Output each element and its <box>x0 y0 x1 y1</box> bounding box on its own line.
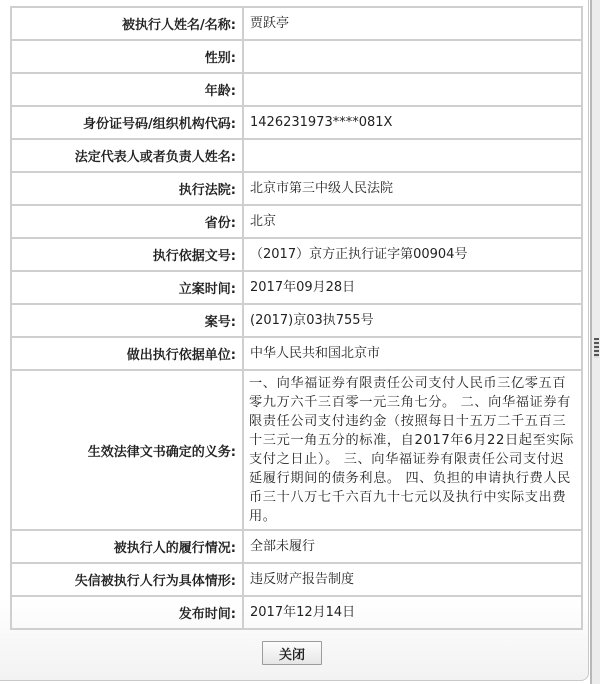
row-issuing-unit: 做出执行依据单位: 中华人民共和国北京市 <box>11 337 582 370</box>
label-name: 被执行人姓名/名称: <box>11 7 243 40</box>
row-gender: 性别: <box>11 40 582 73</box>
label-obligations: 生效法律文书确定的义务: <box>11 370 243 530</box>
row-age: 年龄: <box>11 73 582 106</box>
label-legal-representative: 法定代表人或者负责人姓名: <box>11 139 243 172</box>
label-basis-doc-number: 执行依据文号: <box>11 238 243 271</box>
row-obligations: 生效法律文书确定的义务: 一、向华福证券有限责任公司支付人民币三亿零五百零九万六… <box>11 370 582 530</box>
row-id-number: 身份证号码/组织机构代码: 1426231973****081X <box>11 106 582 139</box>
label-publish-date: 发布时间: <box>11 596 243 629</box>
background-text-fragment <box>594 338 599 358</box>
label-performance-status: 被执行人的履行情况: <box>11 530 243 563</box>
label-filing-date: 立案时间: <box>11 271 243 304</box>
value-obligations: 一、向华福证券有限责任公司支付人民币三亿零五百零九万六千三百零一元三角七分。 二… <box>243 370 582 530</box>
row-case-number: 案号: (2017)京03执755号 <box>11 304 582 337</box>
value-publish-date: 2017年12月14日 <box>243 596 582 629</box>
label-issuing-unit: 做出执行依据单位: <box>11 337 243 370</box>
label-court: 执行法院: <box>11 172 243 205</box>
dishonest-person-info-table: 被执行人姓名/名称: 贾跃亭 性别: 年龄: 身份证号码/组织机构代码: 142… <box>10 6 583 630</box>
row-performance-status: 被执行人的履行情况: 全部未履行 <box>11 530 582 563</box>
label-id-number: 身份证号码/组织机构代码: <box>11 106 243 139</box>
row-province: 省份: 北京 <box>11 205 582 238</box>
value-case-number: (2017)京03执755号 <box>243 304 582 337</box>
row-filing-date: 立案时间: 2017年09月28日 <box>11 271 582 304</box>
label-age: 年龄: <box>11 73 243 106</box>
value-age <box>243 73 582 106</box>
row-publish-date: 发布时间: 2017年12月14日 <box>11 596 582 629</box>
label-gender: 性别: <box>11 40 243 73</box>
value-name: 贾跃亭 <box>243 7 582 40</box>
value-basis-doc-number: （2017）京方正执行证字第00904号 <box>243 238 582 271</box>
value-filing-date: 2017年09月28日 <box>243 271 582 304</box>
value-gender <box>243 40 582 73</box>
value-dishonest-behavior: 违反财产报告制度 <box>243 563 582 596</box>
row-dishonest-behavior: 失信被执行人行为具体情形: 违反财产报告制度 <box>11 563 582 596</box>
label-case-number: 案号: <box>11 304 243 337</box>
value-court: 北京市第三中级人民法院 <box>243 172 582 205</box>
value-performance-status: 全部未履行 <box>243 530 582 563</box>
row-legal-representative: 法定代表人或者负责人姓名: <box>11 139 582 172</box>
detail-dialog: 被执行人姓名/名称: 贾跃亭 性别: 年龄: 身份证号码/组织机构代码: 142… <box>0 0 589 681</box>
value-province: 北京 <box>243 205 582 238</box>
label-dishonest-behavior: 失信被执行人行为具体情形: <box>11 563 243 596</box>
value-legal-representative <box>243 139 582 172</box>
dialog-footer: 关闭 <box>0 641 588 665</box>
value-id-number: 1426231973****081X <box>243 106 582 139</box>
label-province: 省份: <box>11 205 243 238</box>
close-button[interactable]: 关闭 <box>262 641 322 665</box>
row-basis-doc-number: 执行依据文号: （2017）京方正执行证字第00904号 <box>11 238 582 271</box>
row-court: 执行法院: 北京市第三中级人民法院 <box>11 172 582 205</box>
value-issuing-unit: 中华人民共和国北京市 <box>243 337 582 370</box>
row-name: 被执行人姓名/名称: 贾跃亭 <box>11 7 582 40</box>
